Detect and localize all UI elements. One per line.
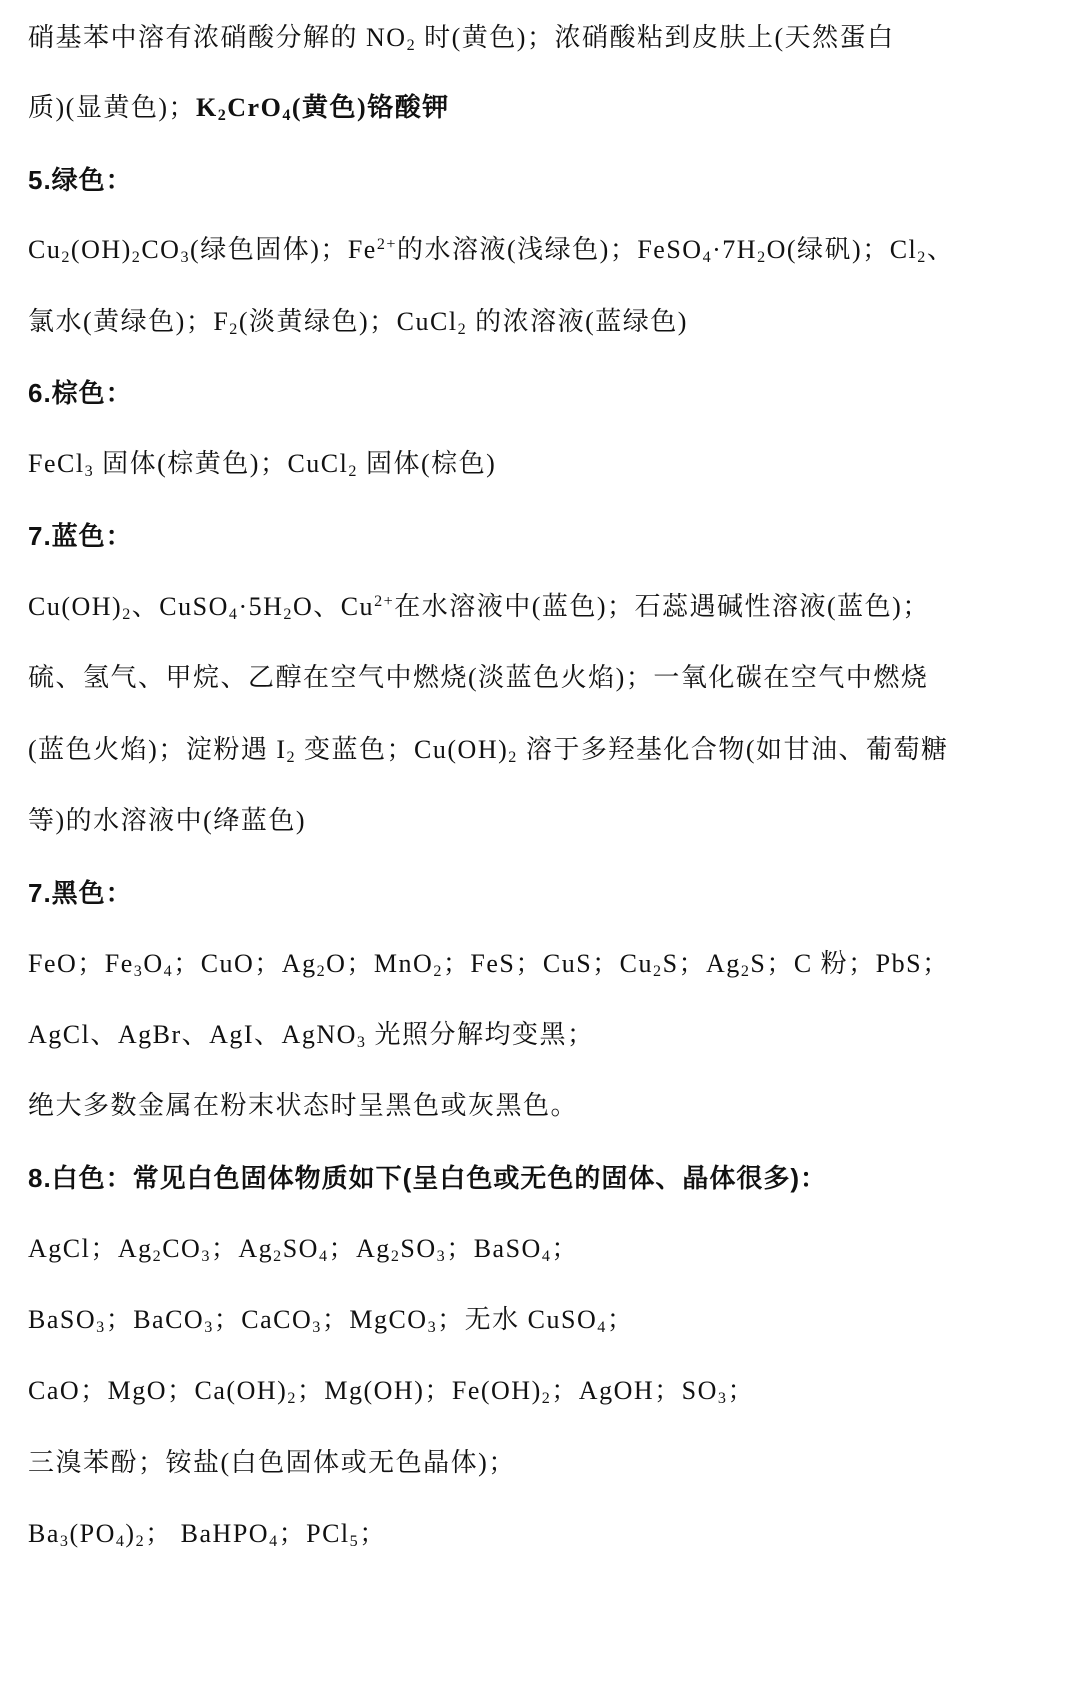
text-line: 绝大多数金属在粉末状态时呈黑色或灰黑色。 (28, 1086, 578, 1126)
text-segment: O(绿矾)；Cl (767, 235, 918, 264)
text-segment: 8.白色：常见白色固体物质如下(呈白色或无色的固体、晶体很多)： (28, 1163, 827, 1193)
text-line: 氯水(黄绿色)；F2(淡黄绿色)；CuCl2 的浓溶液(蓝绿色) (28, 302, 688, 342)
subscript: 4 (597, 1319, 607, 1336)
text-segment: Cu (28, 235, 61, 264)
text-segment: 时(黄色)；浓硝酸粘到皮肤上(天然蛋白 (416, 23, 894, 52)
text-segment: K (196, 93, 218, 122)
text-segment: (蓝色火焰)；淀粉遇 I (28, 735, 286, 764)
text-segment: 的浓溶液(蓝绿色) (467, 307, 688, 336)
subscript: 4 (319, 1248, 329, 1265)
text-segment: 绝大多数金属在粉末状态时呈黑色或灰黑色。 (28, 1091, 578, 1120)
text-segment: 氯水(黄绿色)；F (28, 307, 229, 336)
subscript: 2 (458, 321, 468, 338)
text-segment: 光照分解均变黑； (366, 1020, 594, 1049)
text-segment: AgCl、AgBr、AgI、AgNO (28, 1020, 357, 1049)
text-line: FeO；Fe3O4；CuO；Ag2O；MnO2；FeS；CuS；Cu2S；Ag2… (28, 944, 950, 984)
text-segment: 固体(棕色) (358, 449, 496, 478)
subscript: 2 (407, 37, 417, 54)
text-segment: ；MgCO (322, 1305, 428, 1334)
text-segment: 7.蓝色： (28, 521, 133, 551)
subscript: 3 (312, 1319, 322, 1336)
subscript: 3 (204, 1319, 214, 1336)
subscript: 2 (61, 249, 71, 266)
subscript: 2 (317, 963, 327, 980)
subscript: 2 (283, 606, 293, 623)
section-heading: 6.棕色： (28, 373, 133, 413)
text-segment: ；BaSO (446, 1234, 542, 1263)
subscript: 2 (542, 1390, 552, 1407)
text-segment: 5.绿色： (28, 165, 133, 195)
text-line: Cu(OH)2、CuSO4·5H2O、Cu2+在水溶液中(蓝色)；石蕊遇碱性溶液… (28, 587, 930, 627)
text-segment: FeO；Fe (28, 949, 134, 978)
text-segment: 7.黑色： (28, 878, 133, 908)
text-segment: 硫、氢气、甲烷、乙醇在空气中燃烧(淡蓝色火焰)；一氧化碳在空气中燃烧 (28, 663, 928, 692)
subscript: 4 (116, 1533, 126, 1550)
subscript: 4 (282, 107, 292, 124)
text-segment: ·7H (712, 235, 757, 264)
subscript: 2 (917, 249, 927, 266)
text-segment: FeCl (28, 449, 85, 478)
text-segment: ； (607, 1305, 635, 1334)
subscript: 2 (391, 1248, 401, 1265)
text-segment: 、 (927, 235, 955, 264)
text-segment: CrO (227, 93, 282, 122)
text-line: 质)(显黄色)；K2CrO4(黄色)铬酸钾 (28, 88, 450, 128)
text-segment: ) (125, 1519, 135, 1548)
text-segment: 6.棕色： (28, 378, 133, 408)
subscript: 3 (134, 963, 144, 980)
text-segment: ； (727, 1376, 755, 1405)
text-line: FeCl3 固体(棕黄色)；CuCl2 固体(棕色) (28, 444, 496, 484)
text-segment: AgCl；Ag (28, 1234, 153, 1263)
text-segment: (黄色)铬酸钾 (292, 93, 450, 122)
subscript: 2 (122, 606, 132, 623)
text-segment: 、CuSO (132, 592, 229, 621)
text-segment: (绿色固体)；Fe (190, 235, 377, 264)
text-line: 硫、氢气、甲烷、乙醇在空气中燃烧(淡蓝色火焰)；一氧化碳在空气中燃烧 (28, 658, 928, 698)
subscript: 2 (741, 963, 751, 980)
subscript: 3 (428, 1319, 438, 1336)
subscript: 2 (229, 321, 239, 338)
subscript: 3 (85, 463, 95, 480)
text-segment: CaO；MgO；Ca(OH) (28, 1376, 287, 1405)
subscript: 2 (273, 1248, 283, 1265)
text-segment: ；AgOH；SO (551, 1376, 718, 1405)
text-segment: ； BaHPO (145, 1519, 269, 1548)
section-heading: 7.黑色： (28, 873, 133, 913)
text-segment: ；Ag (211, 1234, 273, 1263)
text-line: AgCl、AgBr、AgI、AgNO3 光照分解均变黑； (28, 1015, 594, 1055)
subscript: 2 (286, 749, 296, 766)
text-segment: 变蓝色；Cu(OH) (296, 735, 508, 764)
text-segment: Cu(OH) (28, 592, 122, 621)
text-line: BaSO3；BaCO3；CaCO3；MgCO3；无水 CuSO4； (28, 1300, 634, 1340)
section-heading: 8.白色：常见白色固体物质如下(呈白色或无色的固体、晶体很多)： (28, 1158, 827, 1198)
subscript: 3 (201, 1248, 211, 1265)
text-segment: ；CaCO (214, 1305, 313, 1334)
subscript: 2 (757, 249, 767, 266)
subscript: 2 (136, 1533, 146, 1550)
text-segment: ； (359, 1519, 387, 1548)
text-segment: (OH) (71, 235, 132, 264)
text-segment: S；Ag (663, 949, 741, 978)
text-segment: (淡黄绿色)；CuCl (239, 307, 458, 336)
text-segment: CO (141, 235, 180, 264)
text-segment: O、Cu (293, 592, 374, 621)
text-segment: 硝基苯中溶有浓硝酸分解的 NO (28, 23, 407, 52)
section-heading: 7.蓝色： (28, 516, 133, 556)
text-segment: ；CuO；Ag (173, 949, 316, 978)
text-line: 三溴苯酚；铵盐(白色固体或无色晶体)； (28, 1443, 516, 1483)
subscript: 3 (437, 1248, 447, 1265)
text-segment: ；PCl (279, 1519, 350, 1548)
text-line: (蓝色火焰)；淀粉遇 I2 变蓝色；Cu(OH)2 溶于多羟基化合物(如甘油、葡… (28, 730, 949, 770)
subscript: 2 (218, 107, 228, 124)
subscript: 3 (180, 249, 190, 266)
text-line: AgCl；Ag2CO3；Ag2SO4；Ag2SO3；BaSO4； (28, 1229, 579, 1269)
text-segment: 在水溶液中(蓝色)；石蕊遇碱性溶液(蓝色)； (394, 592, 930, 621)
subscript: 2 (508, 749, 518, 766)
section-heading: 5.绿色： (28, 160, 133, 200)
subscript: 2 (287, 1390, 297, 1407)
text-segment: O；MnO (326, 949, 433, 978)
subscript: 4 (542, 1248, 552, 1265)
text-line: 硝基苯中溶有浓硝酸分解的 NO2 时(黄色)；浓硝酸粘到皮肤上(天然蛋白 (28, 18, 895, 58)
text-segment: 的水溶液(浅绿色)；FeSO (397, 235, 703, 264)
text-segment: CO (162, 1234, 201, 1263)
text-line: 等)的水溶液中(绛蓝色) (28, 801, 306, 841)
text-segment: ；Ag (329, 1234, 391, 1263)
text-segment: 质)(显黄色)； (28, 93, 196, 122)
superscript: 2+ (374, 593, 394, 610)
text-segment: BaSO (28, 1305, 96, 1334)
text-segment: ；FeS；CuS；Cu (443, 949, 653, 978)
text-segment: ； (551, 1234, 579, 1263)
text-line: Cu2(OH)2CO3(绿色固体)；Fe2+的水溶液(浅绿色)；FeSO4·7H… (28, 230, 954, 270)
subscript: 2 (433, 963, 443, 980)
subscript: 2 (153, 1248, 163, 1265)
text-segment: (PO (69, 1519, 115, 1548)
text-segment: ·5H (238, 592, 283, 621)
text-line: CaO；MgO；Ca(OH)2；Mg(OH)；Fe(OH)2；AgOH；SO3； (28, 1371, 755, 1411)
text-segment: SO (283, 1234, 319, 1263)
text-segment: SO (400, 1234, 436, 1263)
subscript: 3 (96, 1319, 106, 1336)
text-segment: 溶于多羟基化合物(如甘油、葡萄糖 (518, 735, 949, 764)
subscript: 2 (132, 249, 142, 266)
subscript: 4 (269, 1533, 279, 1550)
text-segment: S；C 粉；PbS； (750, 949, 949, 978)
text-segment: 三溴苯酚；铵盐(白色固体或无色晶体)； (28, 1448, 516, 1477)
subscript: 4 (703, 249, 713, 266)
subscript: 2 (348, 463, 358, 480)
text-line: Ba3(PO4)2； BaHPO4；PCl5； (28, 1514, 387, 1554)
subscript: 5 (350, 1533, 360, 1550)
subscript: 3 (718, 1390, 728, 1407)
text-segment: Ba (28, 1519, 60, 1548)
text-segment: ；BaCO (106, 1305, 205, 1334)
text-segment: ；无水 CuSO (437, 1305, 597, 1334)
subscript: 4 (229, 606, 239, 623)
text-segment: O (143, 949, 163, 978)
text-segment: 等)的水溶液中(绛蓝色) (28, 806, 306, 835)
text-segment: 固体(棕黄色)；CuCl (94, 449, 348, 478)
subscript: 4 (164, 963, 174, 980)
superscript: 2+ (377, 236, 397, 253)
subscript: 2 (653, 963, 663, 980)
text-segment: ；Mg(OH)；Fe(OH) (297, 1376, 542, 1405)
